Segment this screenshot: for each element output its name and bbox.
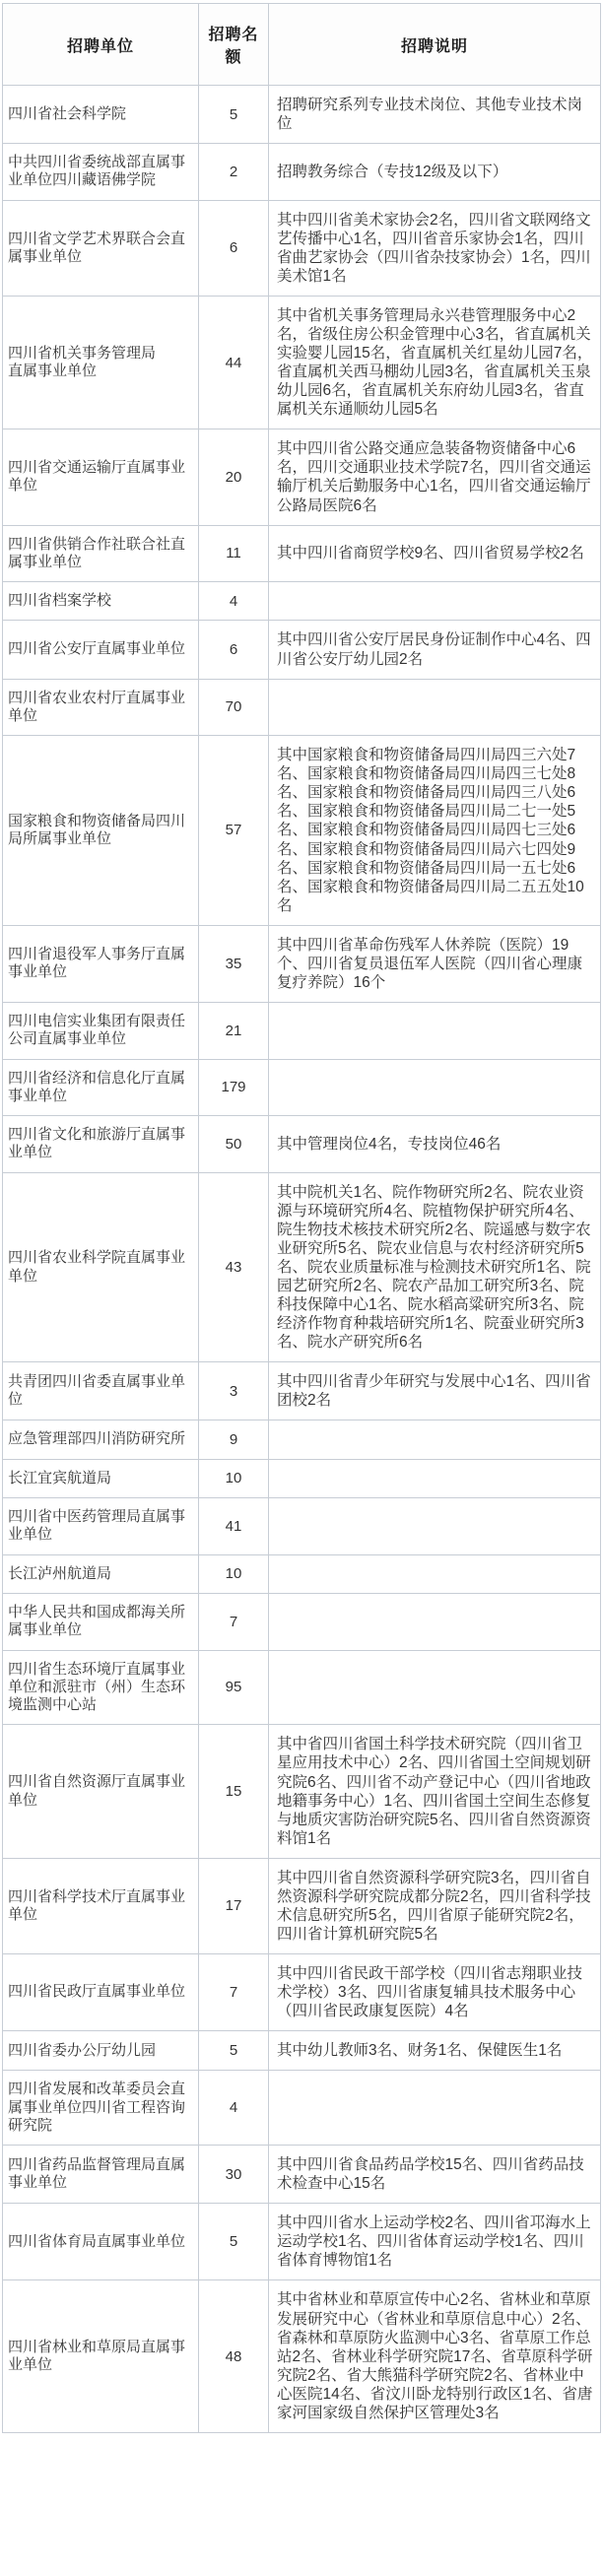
table-row: 四川省交通运输厅直属事业单位 20 其中四川省公路交通应急装备物资储备中心6名，… xyxy=(3,429,601,525)
unit-cell: 四川省发展和改革委员会直属事业单位四川省工程咨询研究院 xyxy=(3,2071,199,2146)
description-cell xyxy=(269,1498,601,1555)
quota-cell: 5 xyxy=(199,2031,269,2071)
unit-cell: 四川省退役军人事务厅直属事业单位 xyxy=(3,925,199,1002)
quota-cell: 6 xyxy=(199,621,269,679)
description-cell xyxy=(269,2071,601,2146)
description-cell: 其中四川省公安厅居民身份证制作中心4名、四川省公安厅幼儿园2名 xyxy=(269,621,601,679)
unit-cell: 长江宜宾航道局 xyxy=(3,1459,199,1497)
table-row: 四川省供销合作社联合社直属事业单位 11 其中四川省商贸学校9名、四川省贸易学校… xyxy=(3,525,601,582)
description-cell: 其中幼儿教师3名、财务1名、保健医生1名 xyxy=(269,2031,601,2071)
table-row: 四川省生态环境厅直属事业单位和派驻市（州）生态环境监测中心站 95 xyxy=(3,1650,601,1725)
table-row: 四川省退役军人事务厅直属事业单位 35 其中四川省革命伤残军人休养院（医院）19… xyxy=(3,925,601,1002)
unit-cell: 四川省供销合作社联合社直属事业单位 xyxy=(3,525,199,582)
table-row: 四川省农业农村厅直属事业单位 70 xyxy=(3,679,601,736)
description-cell xyxy=(269,1554,601,1593)
unit-cell: 中共四川省委统战部直属事业单位四川藏语佛学院 xyxy=(3,144,199,201)
col-header-description: 招聘说明 xyxy=(269,4,601,86)
unit-cell: 中华人民共和国成都海关所属事业单位 xyxy=(3,1593,199,1650)
unit-cell: 共青团四川省委直属事业单位 xyxy=(3,1362,199,1420)
unit-cell: 四川省科学技术厅直属事业单位 xyxy=(3,1858,199,1953)
description-cell: 其中院机关1名、院作物研究所2名、院农业资源与环境研究所4名、院植物保护研究所4… xyxy=(269,1172,601,1362)
table-row: 应急管理部四川消防研究所 9 xyxy=(3,1420,601,1459)
description-cell: 其中省四川省国土科学技术研究院（四川省卫星应用技术中心）2名、四川省国土空间规划… xyxy=(269,1725,601,1858)
table-row: 四川省文学艺术界联合会直属事业单位 6 其中四川省美术家协会2名，四川省文联网络… xyxy=(3,200,601,296)
unit-cell: 四川省民政厅直属事业单位 xyxy=(3,1954,199,2031)
table-row: 中共四川省委统战部直属事业单位四川藏语佛学院 2 招聘教务综合（专技12级及以下… xyxy=(3,144,601,201)
unit-cell: 四川省农业科学院直属事业单位 xyxy=(3,1172,199,1362)
table-row: 长江泸州航道局 10 xyxy=(3,1554,601,1593)
description-cell xyxy=(269,582,601,621)
table-row: 四川省林业和草原局直属事业单位 48 其中省林业和草原宣传中心2名、省林业和草原… xyxy=(3,2280,601,2432)
table-row: 中华人民共和国成都海关所属事业单位 7 xyxy=(3,1593,601,1650)
unit-cell: 长江泸州航道局 xyxy=(3,1554,199,1593)
table-row: 四川省农业科学院直属事业单位 43 其中院机关1名、院作物研究所2名、院农业资源… xyxy=(3,1172,601,1362)
quota-cell: 17 xyxy=(199,1858,269,1953)
quota-cell: 9 xyxy=(199,1420,269,1459)
quota-cell: 11 xyxy=(199,525,269,582)
quota-cell: 35 xyxy=(199,925,269,1002)
quota-cell: 5 xyxy=(199,2204,269,2280)
unit-cell: 四川省文学艺术界联合会直属事业单位 xyxy=(3,200,199,296)
quota-cell: 21 xyxy=(199,1002,269,1059)
table-row: 四川省自然资源厅直属事业单位 15 其中省四川省国土科学技术研究院（四川省卫星应… xyxy=(3,1725,601,1858)
quota-cell: 7 xyxy=(199,1954,269,2031)
unit-cell: 四川省档案学校 xyxy=(3,582,199,621)
description-cell xyxy=(269,1420,601,1459)
unit-cell: 四川省林业和草原局直属事业单位 xyxy=(3,2280,199,2432)
quota-cell: 43 xyxy=(199,1172,269,1362)
table-row: 四川省中医药管理局直属事业单位 41 xyxy=(3,1498,601,1555)
description-cell xyxy=(269,679,601,736)
description-cell: 其中四川省水上运动学校2名、四川省邛海水上运动学校1名、四川省体育运动学校1名、… xyxy=(269,2204,601,2280)
description-cell: 其中国家粮食和物资储备局四川局四三六处7名、国家粮食和物资储备局四川局四三七处8… xyxy=(269,736,601,926)
quota-cell: 5 xyxy=(199,86,269,144)
description-cell xyxy=(269,1650,601,1725)
table-row: 四川省机关事务管理局 直属事业单位 44 其中省机关事务管理局永兴巷管理服务中心… xyxy=(3,296,601,429)
table-row: 四川省公安厅直属事业单位 6 其中四川省公安厅居民身份证制作中心4名、四川省公安… xyxy=(3,621,601,679)
table-row: 四川省科学技术厅直属事业单位 17 其中四川省自然资源科学研究院3名，四川省自然… xyxy=(3,1858,601,1953)
description-cell xyxy=(269,1002,601,1059)
table-row: 四川省体育局直属事业单位 5 其中四川省水上运动学校2名、四川省邛海水上运动学校… xyxy=(3,2204,601,2280)
description-cell: 其中四川省青少年研究与发展中心1名、四川省团校2名 xyxy=(269,1362,601,1420)
col-header-quota: 招聘名额 xyxy=(199,4,269,86)
quota-cell: 50 xyxy=(199,1116,269,1173)
table-row: 四川省文化和旅游厅直属事业单位 50 其中管理岗位4名，专技岗位46名 xyxy=(3,1116,601,1173)
quota-cell: 10 xyxy=(199,1459,269,1497)
description-cell: 其中四川省食品药品学校15名、四川省药品技术检查中心15名 xyxy=(269,2146,601,2204)
table-row: 四川省经济和信息化厅直属事业单位 179 xyxy=(3,1059,601,1116)
description-cell: 其中省林业和草原宣传中心2名、省林业和草原发展研究中心（省林业和草原信息中心）2… xyxy=(269,2280,601,2432)
col-header-unit: 招聘单位 xyxy=(3,4,199,86)
quota-cell: 6 xyxy=(199,200,269,296)
quota-cell: 95 xyxy=(199,1650,269,1725)
quota-cell: 7 xyxy=(199,1593,269,1650)
unit-cell: 四川省经济和信息化厅直属事业单位 xyxy=(3,1059,199,1116)
quota-cell: 48 xyxy=(199,2280,269,2432)
description-cell: 招聘研究系列专业技术岗位、其他专业技术岗位 xyxy=(269,86,601,144)
unit-cell: 四川省文化和旅游厅直属事业单位 xyxy=(3,1116,199,1173)
quota-cell: 4 xyxy=(199,582,269,621)
unit-cell: 四川省公安厅直属事业单位 xyxy=(3,621,199,679)
unit-cell: 四川电信实业集团有限责任公司直属事业单位 xyxy=(3,1002,199,1059)
unit-cell: 四川省生态环境厅直属事业单位和派驻市（州）生态环境监测中心站 xyxy=(3,1650,199,1725)
quota-cell: 2 xyxy=(199,144,269,201)
unit-cell: 四川省中医药管理局直属事业单位 xyxy=(3,1498,199,1555)
table-row: 四川电信实业集团有限责任公司直属事业单位 21 xyxy=(3,1002,601,1059)
description-cell: 其中四川省商贸学校9名、四川省贸易学校2名 xyxy=(269,525,601,582)
table-row: 四川省社会科学院 5 招聘研究系列专业技术岗位、其他专业技术岗位 xyxy=(3,86,601,144)
unit-cell: 四川省机关事务管理局 直属事业单位 xyxy=(3,296,199,429)
quota-cell: 10 xyxy=(199,1554,269,1593)
description-cell xyxy=(269,1059,601,1116)
table-row: 四川省委办公厅幼儿园 5 其中幼儿教师3名、财务1名、保健医生1名 xyxy=(3,2031,601,2071)
unit-cell: 四川省药品监督管理局直属事业单位 xyxy=(3,2146,199,2204)
table-row: 四川省民政厅直属事业单位 7 其中四川省民政干部学校（四川省志翔职业技术学校）3… xyxy=(3,1954,601,2031)
quota-cell: 30 xyxy=(199,2146,269,2204)
quota-cell: 3 xyxy=(199,1362,269,1420)
unit-cell: 国家粮食和物资储备局四川局所属事业单位 xyxy=(3,736,199,926)
unit-cell: 四川省委办公厅幼儿园 xyxy=(3,2031,199,2071)
description-cell: 其中省机关事务管理局永兴巷管理服务中心2名，省级住房公积金管理中心3名，省直属机… xyxy=(269,296,601,429)
quota-cell: 41 xyxy=(199,1498,269,1555)
quota-cell: 15 xyxy=(199,1725,269,1858)
table-row: 共青团四川省委直属事业单位 3 其中四川省青少年研究与发展中心1名、四川省团校2… xyxy=(3,1362,601,1420)
table-row: 四川省发展和改革委员会直属事业单位四川省工程咨询研究院 4 xyxy=(3,2071,601,2146)
unit-cell: 四川省农业农村厅直属事业单位 xyxy=(3,679,199,736)
recruitment-table: 招聘单位 招聘名额 招聘说明 四川省社会科学院 5 招聘研究系列专业技术岗位、其… xyxy=(2,3,601,2433)
description-cell: 其中四川省民政干部学校（四川省志翔职业技术学校）3名、四川省康复辅具技术服务中心… xyxy=(269,1954,601,2031)
description-cell xyxy=(269,1459,601,1497)
description-cell: 其中四川省革命伤残军人休养院（医院）19个、四川省复员退伍军人医院（四川省心理康… xyxy=(269,925,601,1002)
quota-cell: 20 xyxy=(199,429,269,525)
table-row: 四川省档案学校 4 xyxy=(3,582,601,621)
description-cell: 招聘教务综合（专技12级及以下） xyxy=(269,144,601,201)
unit-cell: 四川省自然资源厅直属事业单位 xyxy=(3,1725,199,1858)
document-page: 招聘单位 招聘名额 招聘说明 四川省社会科学院 5 招聘研究系列专业技术岗位、其… xyxy=(0,0,603,2576)
unit-cell: 四川省体育局直属事业单位 xyxy=(3,2204,199,2280)
unit-cell: 四川省社会科学院 xyxy=(3,86,199,144)
description-cell: 其中管理岗位4名，专技岗位46名 xyxy=(269,1116,601,1173)
table-row: 国家粮食和物资储备局四川局所属事业单位 57 其中国家粮食和物资储备局四川局四三… xyxy=(3,736,601,926)
description-cell: 其中四川省公路交通应急装备物资储备中心6名，四川交通职业技术学院7名，四川省交通… xyxy=(269,429,601,525)
unit-cell: 四川省交通运输厅直属事业单位 xyxy=(3,429,199,525)
table-row: 长江宜宾航道局 10 xyxy=(3,1459,601,1497)
unit-cell: 应急管理部四川消防研究所 xyxy=(3,1420,199,1459)
quota-cell: 44 xyxy=(199,296,269,429)
quota-cell: 57 xyxy=(199,736,269,926)
table-header-row: 招聘单位 招聘名额 招聘说明 xyxy=(3,4,601,86)
quota-cell: 179 xyxy=(199,1059,269,1116)
description-cell: 其中四川省自然资源科学研究院3名，四川省自然资源科学研究院成都分院2名，四川省科… xyxy=(269,1858,601,1953)
table-row: 四川省药品监督管理局直属事业单位 30 其中四川省食品药品学校15名、四川省药品… xyxy=(3,2146,601,2204)
description-cell: 其中四川省美术家协会2名，四川省文联网络文艺传播中心1名，四川省音乐家协会1名，… xyxy=(269,200,601,296)
quota-cell: 4 xyxy=(199,2071,269,2146)
description-cell xyxy=(269,1593,601,1650)
quota-cell: 70 xyxy=(199,679,269,736)
